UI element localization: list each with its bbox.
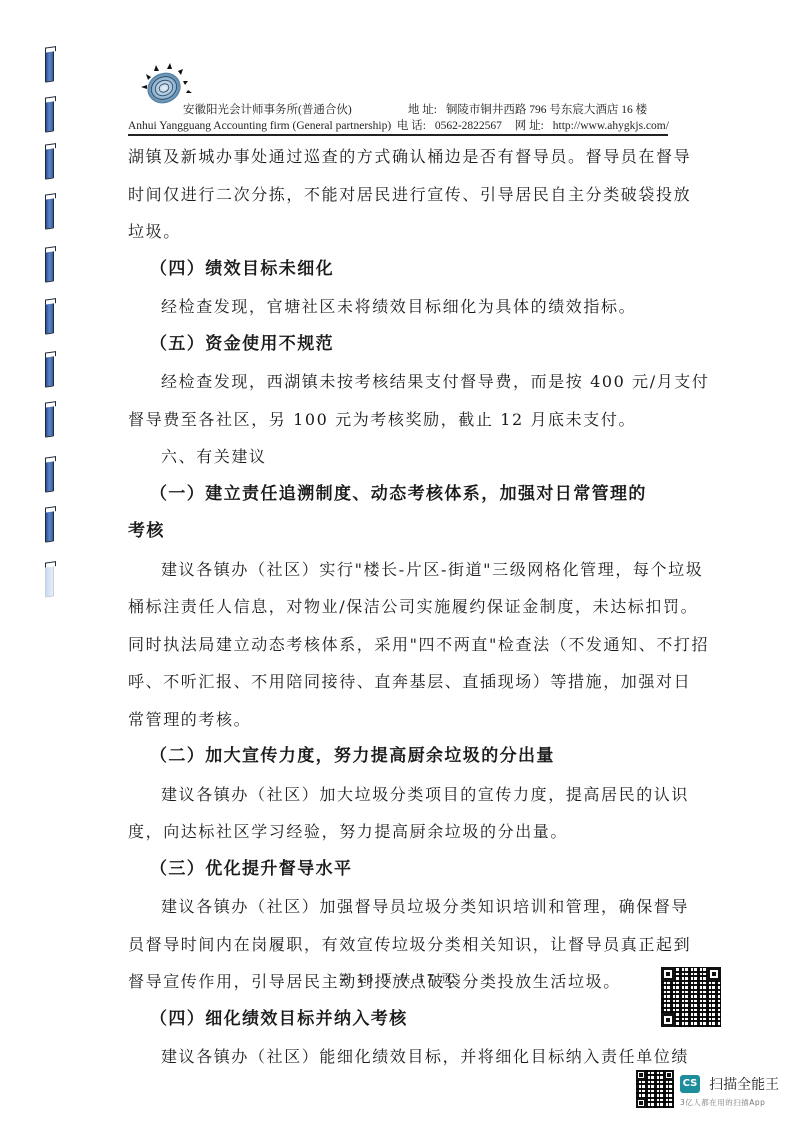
binding-mark — [45, 146, 54, 179]
subsection-heading-continued: 考核 — [128, 513, 673, 551]
binding-mark — [45, 196, 54, 229]
website-label: 网 址: — [515, 117, 544, 133]
body-line: 建议各镇办（社区）加强督导员垃圾分类知识培训和管理，确保督导 — [128, 888, 673, 926]
document-qr-code — [661, 967, 721, 1027]
subsection-heading: （三）优化提升督导水平 — [128, 851, 673, 889]
camscanner-logo-icon: CS — [680, 1075, 700, 1093]
scanner-tagline: 3亿人都在用的扫描App — [680, 1097, 765, 1108]
body-line: 建议各镇办（社区）加大垃圾分类项目的宣传力度，提高居民的认识 — [128, 776, 673, 814]
address-label: 地 址: — [408, 101, 437, 117]
body-line: 垃圾。 — [128, 213, 673, 251]
body-line: 度，向达标社区学习经验，努力提高厨余垃圾的分出量。 — [128, 813, 673, 851]
body-line: 建议各镇办（社区）实行"楼长-片区-街道"三级网格化管理，每个垃圾 — [128, 551, 673, 589]
body-line: 常管理的考核。 — [128, 701, 673, 739]
binding-mark — [45, 249, 54, 282]
subsection-heading: （四）绩效目标未细化 — [128, 251, 673, 289]
phone-value: 0562-2822567 — [435, 120, 502, 132]
body-line: 同时执法局建立动态考核体系，采用"四不两直"检查法（不发通知、不打招 — [128, 626, 673, 664]
scanner-app-name: 扫描全能王 — [709, 1074, 779, 1094]
binding-mark — [45, 564, 54, 597]
subsection-heading: （五）资金使用不规范 — [128, 326, 673, 364]
letterhead-divider — [128, 134, 668, 136]
letterhead-row-1: 安徽阳光会计师事务所(普通合伙) 地 址: 铜陵市铜井西路 796 号东宸大酒店… — [183, 101, 657, 117]
letterhead-row-2: Anhui Yangguang Accounting firm (General… — [128, 117, 679, 133]
phone-label: 电 话: — [397, 117, 426, 133]
body-line: 经检查发现，西湖镇未按考核结果支付督导费，而是按 400 元/月支付 — [128, 363, 673, 401]
subsection-heading: （四）细化绩效目标并纳入考核 — [128, 1001, 673, 1039]
binding-mark — [45, 354, 54, 387]
subsection-heading: （一）建立责任追溯制度、动态考核体系，加强对日常管理的 — [128, 476, 673, 514]
binding-mark — [45, 509, 54, 542]
website-value: http://www.ahygkjs.com/ — [553, 120, 669, 132]
qr-finder-pattern — [636, 1098, 646, 1108]
qr-finder-pattern — [661, 967, 675, 981]
address-value: 铜陵市铜井西路 796 号东宸大酒店 16 楼 — [446, 101, 647, 117]
binding-mark — [45, 404, 54, 437]
body-line: 时间仅进行二次分拣，不能对居民进行宣传、引导居民自主分类破袋投放 — [128, 176, 673, 214]
scanner-watermark: CS 扫描全能王 — [680, 1073, 779, 1094]
body-line: 经检查发现，官塘社区未将绩效目标细化为具体的绩效指标。 — [128, 288, 673, 326]
binding-margin — [45, 0, 57, 1122]
letterhead: 安徽阳光会计师事务所(普通合伙) 地 址: 铜陵市铜井西路 796 号东宸大酒店… — [128, 55, 668, 133]
document-body: 湖镇及新城办事处通过巡查的方式确认桶边是否有督导员。督导员在督导 时间仅进行二次… — [128, 138, 673, 1076]
qr-finder-pattern — [707, 967, 721, 981]
body-line: 呼、不听汇报、不用陪同接待、直奔基层、直插现场）等措施，加强对日 — [128, 663, 673, 701]
body-line: 建议各镇办（社区）能细化绩效目标，并将细化目标纳入责任单位绩 — [128, 1038, 673, 1076]
qr-finder-pattern — [636, 1070, 646, 1080]
subsection-heading: （二）加大宣传力度，努力提高厨余垃圾的分出量 — [128, 738, 673, 776]
qr-finder-pattern — [661, 1013, 675, 1027]
firm-name-cn: 安徽阳光会计师事务所(普通合伙) — [183, 101, 405, 117]
firm-name-en: Anhui Yangguang Accounting firm (General… — [128, 120, 394, 132]
binding-mark — [45, 49, 54, 82]
binding-mark — [45, 99, 54, 132]
body-line: 桶标注责任人信息，对物业/保洁公司实施履约保证金制度，未达标扣罚。 — [128, 588, 673, 626]
qr-finder-pattern — [664, 1070, 674, 1080]
binding-mark — [45, 301, 54, 334]
scanner-app-qr-code — [636, 1070, 674, 1108]
section-heading: 六、有关建议 — [128, 438, 673, 476]
body-line: 督导费至各社区，另 100 元为考核奖励，截止 12 月底未支付。 — [128, 401, 673, 439]
binding-mark — [45, 459, 54, 492]
body-line: 员督导时间内在岗履职，有效宣传垃圾分类相关知识，让督导员真正起到 — [128, 926, 673, 964]
body-line: 湖镇及新城办事处通过巡查的方式确认桶边是否有督导员。督导员在督导 — [128, 138, 673, 176]
